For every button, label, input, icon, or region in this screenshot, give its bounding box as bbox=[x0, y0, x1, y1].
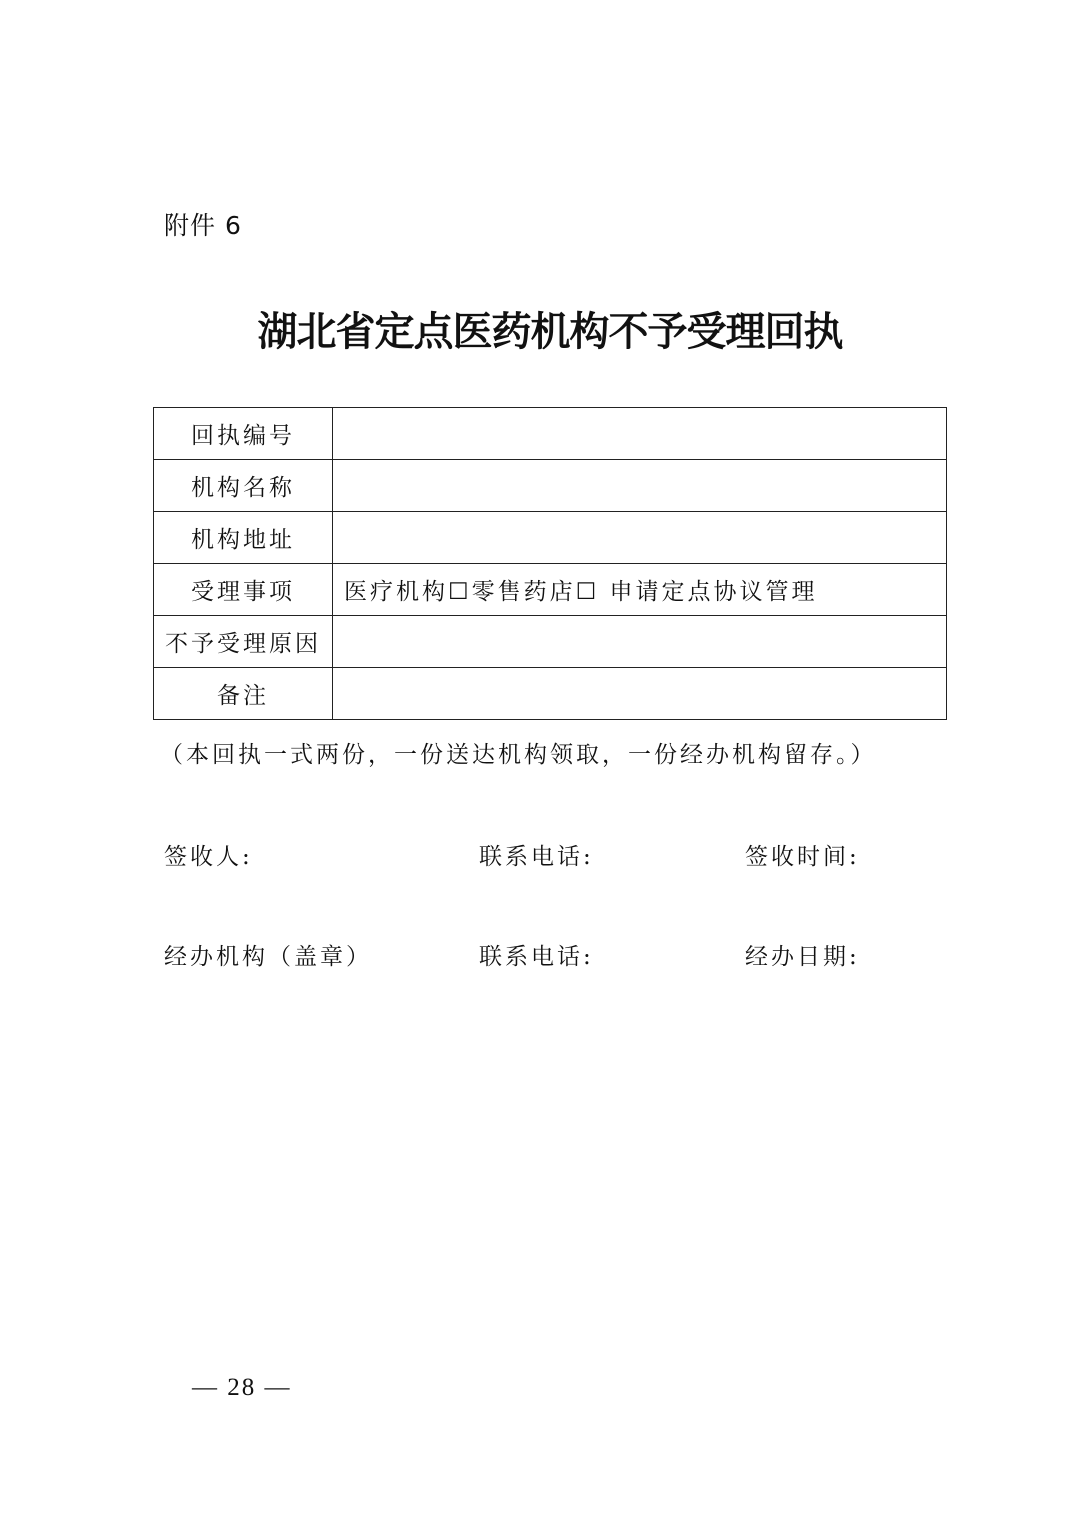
page-number: — 28 — bbox=[192, 1374, 292, 1402]
table-row: 机构地址 bbox=[154, 512, 947, 564]
table-row: 回执编号 bbox=[154, 408, 947, 460]
application-item-field[interactable]: 医疗机构☐零售药店☐ 申请定点协议管理 bbox=[333, 564, 947, 616]
receipt-number-field[interactable] bbox=[333, 408, 947, 460]
document-title: 湖北省定点医药机构不予受理回执 bbox=[0, 300, 1075, 357]
institution-name-field[interactable] bbox=[333, 460, 947, 512]
institution-address-field[interactable] bbox=[333, 512, 947, 564]
table-row: 受理事项 医疗机构☐零售药店☐ 申请定点协议管理 bbox=[154, 564, 947, 616]
table-row: 备注 bbox=[154, 668, 947, 720]
handling-date-label: 经办日期: bbox=[745, 938, 860, 971]
signer-label: 签收人: bbox=[164, 838, 253, 871]
receipt-table: 回执编号 机构名称 机构地址 受理事项 医疗机构☐零售药店☐ 申请定点协议管理 … bbox=[153, 407, 947, 720]
row-label-application-item: 受理事项 bbox=[154, 564, 333, 616]
row-label-institution-name: 机构名称 bbox=[154, 460, 333, 512]
row-label-receipt-number: 回执编号 bbox=[154, 408, 333, 460]
remarks-field[interactable] bbox=[333, 668, 947, 720]
row-label-rejection-reason: 不予受理原因 bbox=[154, 616, 333, 668]
attachment-label: 附件 6 bbox=[164, 206, 242, 242]
copies-note: （本回执一式两份，一份送达机构领取，一份经办机构留存。） bbox=[160, 736, 877, 769]
sign-time-label: 签收时间: bbox=[745, 838, 860, 871]
row-label-remarks: 备注 bbox=[154, 668, 333, 720]
table-row: 不予受理原因 bbox=[154, 616, 947, 668]
signer-phone-label: 联系电话: bbox=[479, 838, 594, 871]
rejection-reason-field[interactable] bbox=[333, 616, 947, 668]
agency-phone-label: 联系电话: bbox=[479, 938, 594, 971]
handling-agency-seal-label: 经办机构（盖章） bbox=[164, 938, 372, 971]
table-row: 机构名称 bbox=[154, 460, 947, 512]
row-label-institution-address: 机构地址 bbox=[154, 512, 333, 564]
